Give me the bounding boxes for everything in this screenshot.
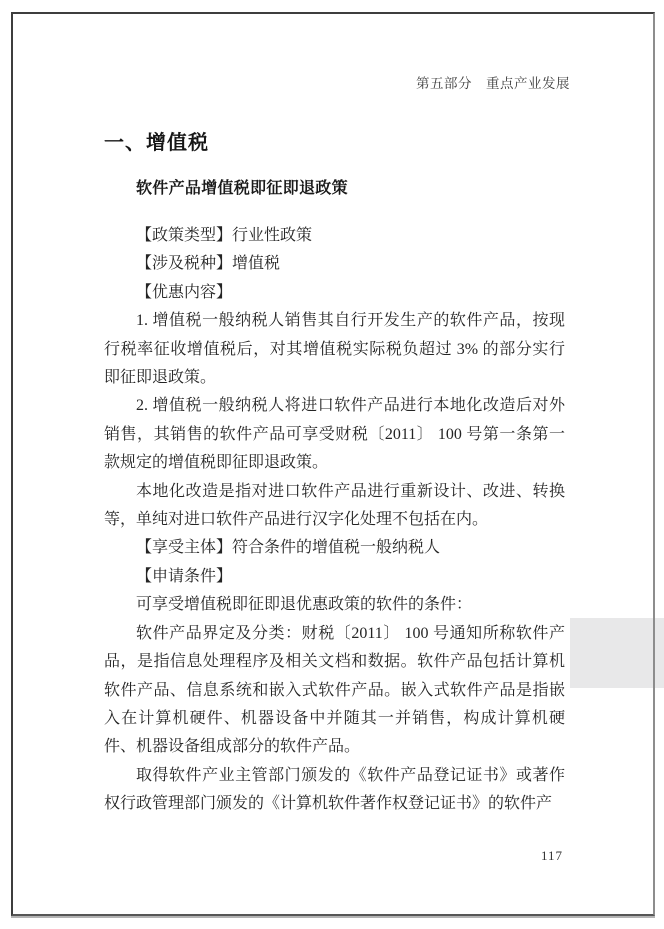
body-paragraph-certificate: 取得软件产业主管部门颁发的《软件产品登记证书》或著作权行政管理部门颁发的《计算机… xyxy=(104,762,565,819)
running-header: 第五部分 重点产业发展 xyxy=(416,76,570,92)
body-paragraph-item-1: 1. 增值税一般纳税人销售其自行开发生产的软件产品，按现行税率征收增值税后，对其… xyxy=(104,307,565,392)
body-paragraph-localization-note: 本地化改造是指对进口软件产品进行重新设计、改进、转换等，单纯对进口软件产品进行汉… xyxy=(104,478,565,535)
body-paragraph-conditions-intro: 可享受增值税即征即退优惠政策的软件的条件： xyxy=(104,591,565,619)
body-paragraph-conditions-label: 【申请条件】 xyxy=(104,563,565,591)
body-paragraph-policy-type: 【政策类型】行业性政策 xyxy=(104,222,565,250)
body-paragraph-benefit-label: 【优惠内容】 xyxy=(104,279,565,307)
document-page: 第五部分 重点产业发展 一、增值税 软件产品增值税即征即退政策 【政策类型】行业… xyxy=(0,0,664,929)
body-paragraph-tax-type: 【涉及税种】增值税 xyxy=(104,250,565,278)
body-paragraph-beneficiary: 【享受主体】符合条件的增值税一般纳税人 xyxy=(104,534,565,562)
policy-title: 软件产品增值税即征即退政策 xyxy=(136,179,348,198)
body-paragraph-definition: 软件产品界定及分类：财税〔2011〕 100 号通知所称软件产品，是指信息处理程… xyxy=(104,620,565,762)
body-paragraph-item-2: 2. 增值税一般纳税人将进口软件产品进行本地化改造后对外销售，其销售的软件产品可… xyxy=(104,392,565,477)
body-text: 【政策类型】行业性政策 【涉及税种】增值税 【优惠内容】 1. 增值税一般纳税人… xyxy=(104,222,565,819)
section-title: 一、增值税 xyxy=(104,131,209,155)
page-number: 117 xyxy=(541,848,563,864)
